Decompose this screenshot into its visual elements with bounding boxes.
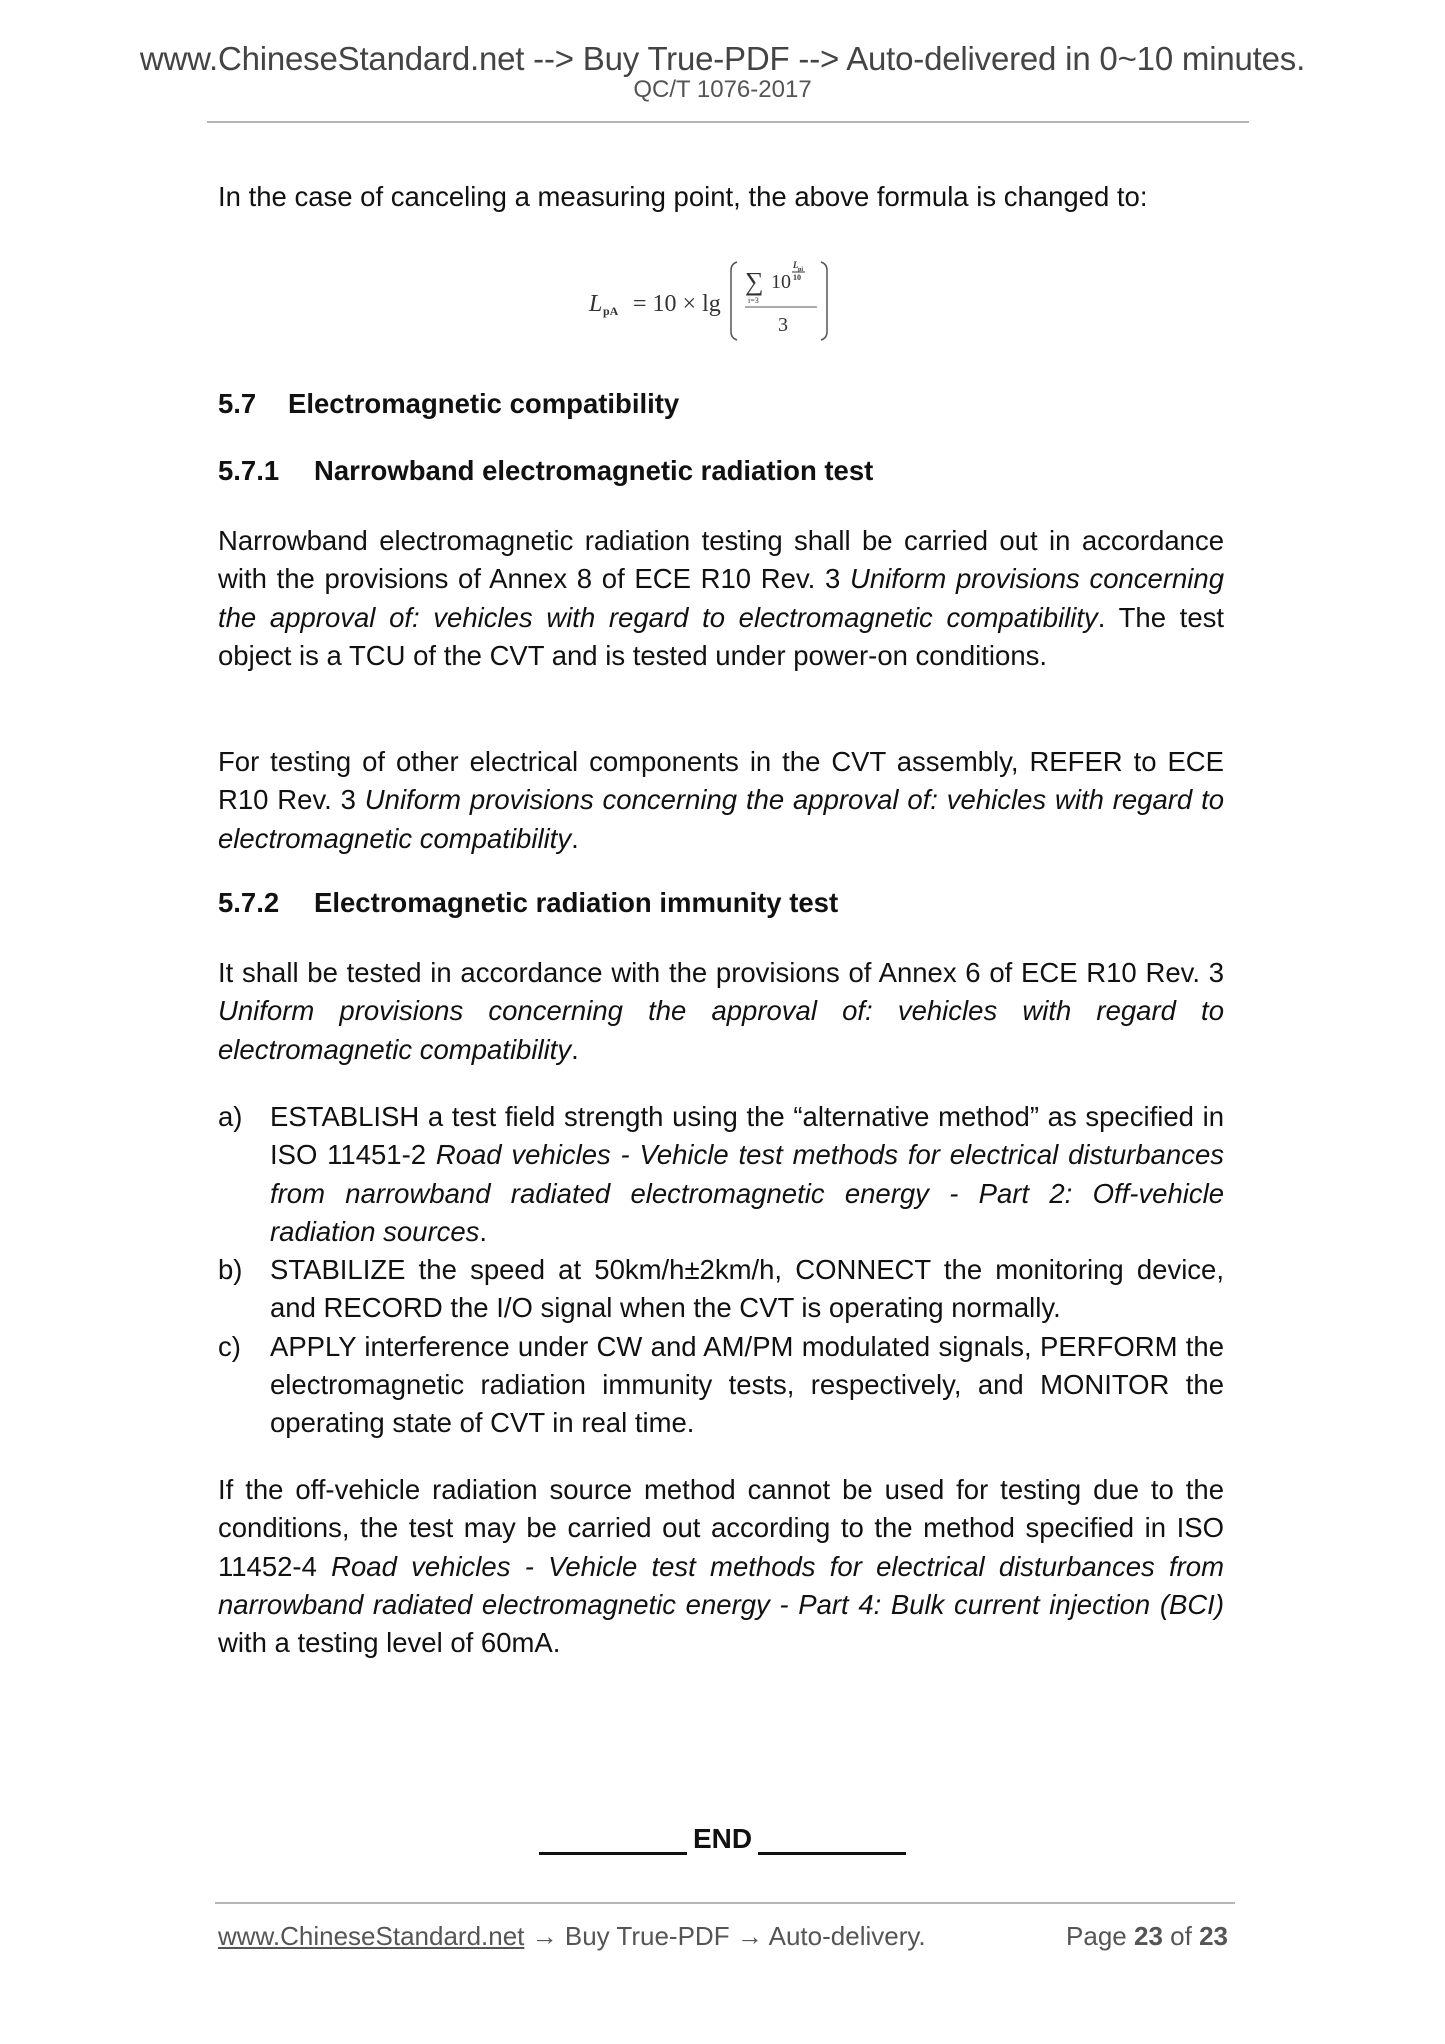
section-number: 5.7.1 [218,455,314,487]
svg-text:∑: ∑ [745,267,764,296]
svg-text:L: L [588,291,602,317]
arrow-right-icon: → [737,1921,763,1951]
svg-text:pA: pA [603,304,619,318]
svg-text:10: 10 [771,271,791,293]
paragraph-narrowband: Narrowband electromagnetic radiation tes… [218,522,1224,675]
paragraph-immunity: It shall be tested in accordance with th… [218,954,1224,1069]
page-indicator: Page 23 of 23 [1066,1921,1228,1952]
svg-text:10: 10 [793,273,801,282]
end-marker: END [0,1822,1445,1855]
list-item: c) APPLY interference under CW and AM/PM… [218,1328,1224,1443]
svg-text:= 10 × lg: = 10 × lg [633,291,721,317]
site-link[interactable]: www.ChineseStandard.net [218,1921,524,1951]
list-item: b) STABILIZE the speed at 50km/h±2km/h, … [218,1251,1224,1328]
page-total: 23 [1199,1921,1228,1951]
text-run: It shall be tested in accordance with th… [218,957,1224,988]
section-title: Electromagnetic compatibility [288,388,679,419]
section-5-7-heading: 5.7Electromagnetic compatibility [218,388,679,420]
formula-lpa: L pA = 10 × lg ∑ i=3 10 L pi 10 3 [585,248,845,348]
end-label: END [693,1823,752,1854]
section-title: Narrowband electromagnetic radiation tes… [314,455,873,486]
arrow-right-icon: → [532,1921,558,1951]
list-marker: c) [218,1328,241,1366]
section-5-7-1-heading: 5.7.1Narrowband electromagnetic radiatio… [218,455,873,487]
text-run: . [571,1034,579,1065]
text-run: STABILIZE the speed at 50km/h±2km/h, CON… [270,1254,1224,1323]
svg-text:i=3: i=3 [748,296,759,305]
footer-buy-text: Buy True-PDF [565,1921,730,1951]
text-run: with a testing level of 60mA. [218,1627,560,1658]
list-marker: a) [218,1098,242,1136]
header-divider [207,121,1249,123]
text-run: APPLY interference under CW and AM/PM mo… [270,1331,1224,1439]
standard-title: Uniform provisions concerning the approv… [218,784,1224,853]
page-word: Page [1066,1921,1127,1951]
text-run: . [479,1216,487,1247]
intro-text: In the case of canceling a measuring poi… [218,178,1224,216]
section-number: 5.7 [218,388,288,420]
paragraph-other-components: For testing of other electrical componen… [218,743,1224,858]
text-run: . [571,823,579,854]
footer-divider [215,1902,1235,1904]
svg-text:3: 3 [778,314,788,336]
list-item: a) ESTABLISH a test field strength using… [218,1098,1224,1251]
standard-title: Road vehicles - Vehicle test methods for… [218,1551,1224,1620]
section-title: Electromagnetic radiation immunity test [314,887,838,918]
section-5-7-2-heading: 5.7.2Electromagnetic radiation immunity … [218,887,838,919]
header-doc-id: QC/T 1076-2017 [0,76,1445,104]
paragraph-bci-alternative: If the off-vehicle radiation source meth… [218,1471,1224,1662]
of-word: of [1170,1921,1192,1951]
end-underline-left [539,1822,687,1855]
page-current: 23 [1134,1921,1163,1951]
header-site-line: www.ChineseStandard.net --> Buy True-PDF… [0,40,1445,78]
standard-title: Uniform provisions concerning the approv… [218,995,1224,1064]
footer-delivery-text: Auto-delivery. [769,1921,926,1951]
end-underline-right [758,1822,906,1855]
procedure-list: a) ESTABLISH a test field strength using… [218,1098,1224,1443]
list-marker: b) [218,1251,242,1289]
page-footer: www.ChineseStandard.net → Buy True-PDF →… [218,1921,1228,1952]
section-number: 5.7.2 [218,887,314,919]
